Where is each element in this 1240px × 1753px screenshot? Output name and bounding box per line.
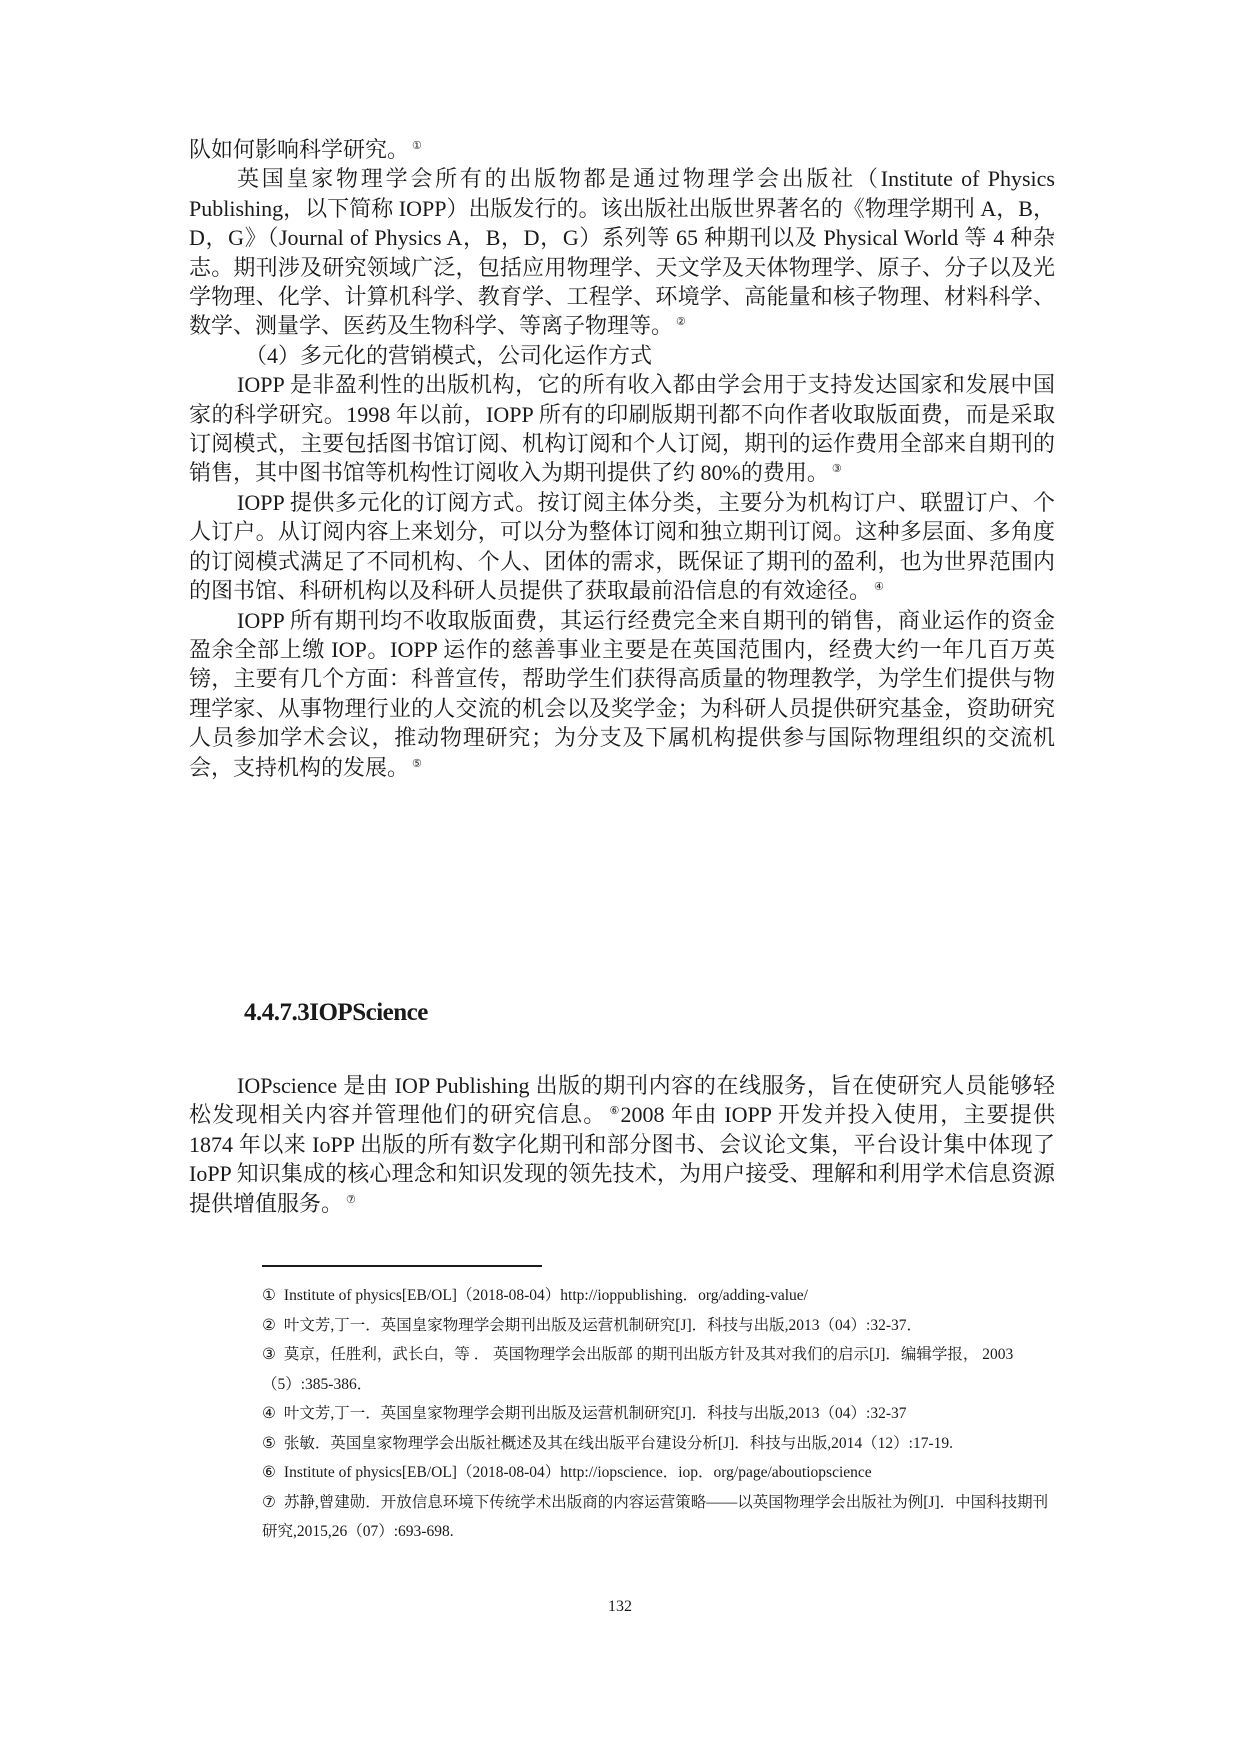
- footnote-3: ③莫京，任胜利，武长白，等 ． 英国物理学会出版部 的期刊出版方针及其对我们的启…: [262, 1340, 1055, 1399]
- paragraph-iopp-nonprofit: IOPP 是非盈利性的出版机构，它的所有收入都由学会用于支持发达国家和发展中国家…: [189, 370, 1055, 488]
- footnote-ref-4[interactable]: ④: [874, 581, 884, 593]
- footnote-mark: ⑥: [262, 1458, 276, 1488]
- page-number: 132: [0, 1598, 1240, 1616]
- paragraph-text: IOPP 是非盈利性的出版机构，它的所有收入都由学会用于支持发达国家和发展中国家…: [189, 372, 1055, 485]
- footnote-mark: ④: [262, 1399, 276, 1429]
- subheading-text: （4）多元化的营销模式，公司化运作方式: [245, 343, 652, 368]
- footnote-mark: ②: [262, 1311, 276, 1341]
- footnote-text: Institute of physics[EB/OL]（2018-08-04）h…: [284, 1287, 808, 1304]
- page-body: 队如何影响科学研究。① 英国皇家物理学会所有的出版物都是通过物理学会出版社（In…: [189, 135, 1055, 782]
- footnote-divider: [262, 1265, 542, 1267]
- footnotes: ①Institute of physics[EB/OL]（2018-08-04）…: [262, 1281, 1055, 1547]
- footnote-text: 莫京，任胜利，武长白，等 ． 英国物理学会出版部 的期刊出版方针及其对我们的启示…: [262, 1346, 1013, 1393]
- paragraph-iopp-subscriptions: IOPP 提供多元化的订阅方式。按订阅主体分类，主要分为机构订户、联盟订户、个人…: [189, 488, 1055, 606]
- footnote-ref-7[interactable]: ⑦: [346, 1194, 356, 1206]
- footnote-ref-6[interactable]: ⑥: [609, 1105, 620, 1117]
- footnote-text: 张敏．英国皇家物理学会出版社概述及其在线出版平台建设分析[J]．科技与出版,20…: [284, 1435, 953, 1452]
- paragraph-text: IOPP 所有期刊均不收取版面费，其运行经费完全来自期刊的销售，商业运作的资金盈…: [189, 608, 1055, 780]
- footnote-ref-5[interactable]: ⑤: [412, 758, 422, 770]
- paragraph-iopp-publications: 英国皇家物理学会所有的出版物都是通过物理学会出版社（Institute of P…: [189, 164, 1055, 340]
- paragraph-text: IOPP 提供多元化的订阅方式。按订阅主体分类，主要分为机构订户、联盟订户、个人…: [189, 490, 1055, 603]
- footnote-mark: ⑦: [262, 1488, 276, 1518]
- paragraph-text: 英国皇家物理学会所有的出版物都是通过物理学会出版社（Institute of P…: [189, 166, 1055, 338]
- section-iopscience: IOPscience 是由 IOP Publishing 出版的期刊内容的在线服…: [189, 1071, 1055, 1218]
- footnote-1: ①Institute of physics[EB/OL]（2018-08-04）…: [262, 1281, 1055, 1311]
- section-heading: 4.4.7.3IOPScience: [244, 999, 428, 1027]
- footnote-6: ⑥Institute of physics[EB/OL]（2018-08-04）…: [262, 1458, 1055, 1488]
- paragraph-continuation: 队如何影响科学研究。①: [189, 135, 1055, 164]
- footnote-text: 叶文芳,丁一．英国皇家物理学会期刊出版及运营机制研究[J]．科技与出版,2013…: [284, 1317, 922, 1334]
- footnote-text: 苏静,曾建勋．开放信息环境下传统学术出版商的内容运营策略——以英国物理学会出版社…: [262, 1494, 1048, 1541]
- footnote-ref-3[interactable]: ③: [832, 463, 842, 475]
- paragraph-iopp-charity: IOPP 所有期刊均不收取版面费，其运行经费完全来自期刊的销售，商业运作的资金盈…: [189, 606, 1055, 782]
- footnote-7: ⑦苏静,曾建勋．开放信息环境下传统学术出版商的内容运营策略——以英国物理学会出版…: [262, 1488, 1055, 1547]
- footnote-text: Institute of physics[EB/OL]（2018-08-04）h…: [284, 1464, 872, 1481]
- footnote-ref-1[interactable]: ①: [412, 140, 422, 152]
- footnote-4: ④叶文芳,丁一．英国皇家物理学会期刊出版及运营机制研究[J]．科技与出版,201…: [262, 1399, 1055, 1429]
- paragraph-text: 队如何影响科学研究。: [189, 137, 409, 162]
- footnote-mark: ⑤: [262, 1429, 276, 1459]
- footnote-mark: ①: [262, 1281, 276, 1311]
- paragraph-iopscience: IOPscience 是由 IOP Publishing 出版的期刊内容的在线服…: [189, 1071, 1055, 1218]
- footnote-5: ⑤张敏．英国皇家物理学会出版社概述及其在线出版平台建设分析[J]．科技与出版,2…: [262, 1429, 1055, 1459]
- footnote-ref-2[interactable]: ②: [676, 316, 686, 328]
- footnote-text: 叶文芳,丁一．英国皇家物理学会期刊出版及运营机制研究[J]．科技与出版,2013…: [284, 1405, 907, 1422]
- subheading-marketing-model: （4）多元化的营销模式，公司化运作方式: [189, 341, 1055, 370]
- footnote-mark: ③: [262, 1340, 276, 1370]
- footnote-2: ②叶文芳,丁一．英国皇家物理学会期刊出版及运营机制研究[J]．科技与出版,201…: [262, 1311, 1055, 1341]
